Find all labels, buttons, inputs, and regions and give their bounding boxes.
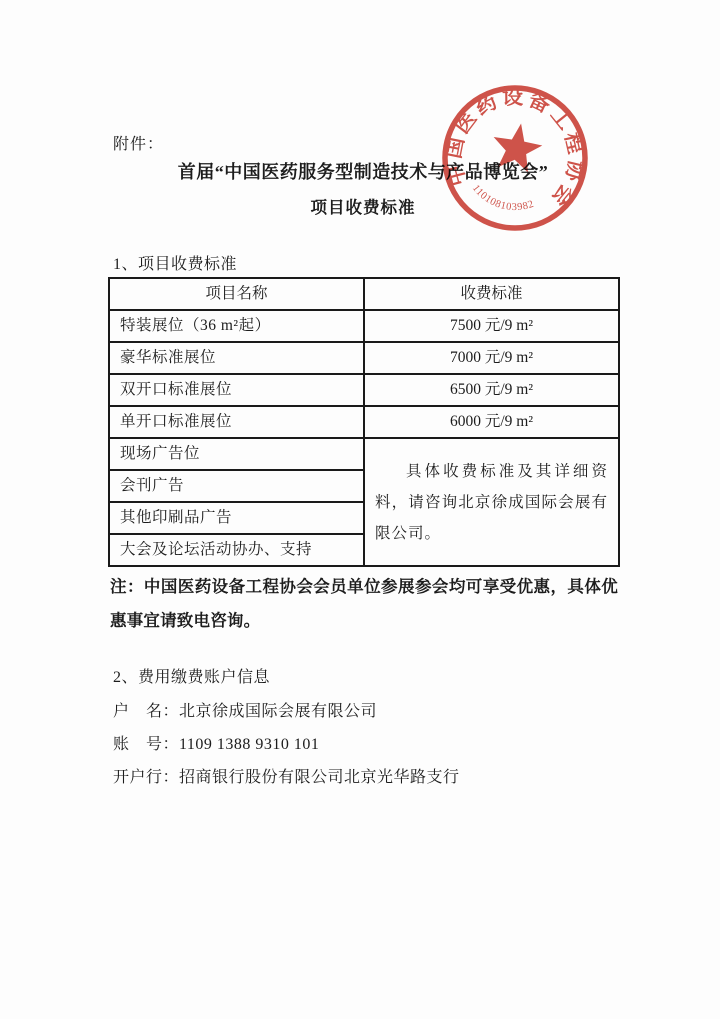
cell-name: 会刊广告: [109, 470, 364, 502]
cell-price: 6000 元/9 m²: [364, 406, 619, 438]
field-label: 户 名：: [113, 703, 179, 720]
account-info: 户 名：北京徐成国际会展有限公司 账 号：1109 1388 9310 101 …: [113, 695, 613, 794]
table-row: 现场广告位 具体收费标准及其详细资料，请咨询北京徐成国际会展有限公司。: [109, 438, 619, 470]
merged-note-text: 具体收费标准及其详细资料，请咨询北京徐成国际会展有限公司。: [375, 456, 608, 549]
table-row: 双开口标准展位 6500 元/9 m²: [109, 374, 619, 406]
account-name-row: 户 名：北京徐成国际会展有限公司: [113, 695, 613, 728]
subtitle: 项目收费标准: [88, 194, 638, 218]
field-value: 北京徐成国际会展有限公司: [179, 703, 377, 720]
table-header-row: 项目名称 收费标准: [109, 278, 619, 310]
cell-price: 7500 元/9 m²: [364, 310, 619, 342]
account-number-row: 账 号：1109 1388 9310 101: [113, 728, 613, 761]
field-label: 账 号：: [113, 736, 179, 753]
member-discount-note: 注：中国医药设备工程协会会员单位参展参会均可享受优惠，具体优惠事宜请致电咨询。: [110, 570, 618, 638]
cell-price: 6500 元/9 m²: [364, 374, 619, 406]
table-row: 单开口标准展位 6000 元/9 m²: [109, 406, 619, 438]
cell-name: 双开口标准展位: [109, 374, 364, 406]
section2-heading: 2、费用缴费账户信息: [113, 664, 270, 687]
cell-name: 豪华标准展位: [109, 342, 364, 374]
cell-name: 其他印刷品广告: [109, 502, 364, 534]
merged-note-cell: 具体收费标准及其详细资料，请咨询北京徐成国际会展有限公司。: [364, 438, 619, 566]
cell-name: 单开口标准展位: [109, 406, 364, 438]
field-label: 开户行：: [113, 769, 179, 786]
page-root: { "colors":{ "ink":"#1c1c1c", "table_bor…: [0, 0, 720, 1019]
cell-name: 大会及论坛活动协办、支持: [109, 534, 364, 566]
cell-price: 7000 元/9 m²: [364, 342, 619, 374]
header-cell-name: 项目名称: [109, 278, 364, 310]
attachment-label: 附件：: [113, 131, 164, 154]
fee-table: 项目名称 收费标准 特装展位（36 m²起） 7500 元/9 m² 豪华标准展…: [108, 277, 620, 567]
field-value: 1109 1388 9310 101: [179, 736, 319, 753]
cell-name: 特装展位（36 m²起）: [109, 310, 364, 342]
table-row: 特装展位（36 m²起） 7500 元/9 m²: [109, 310, 619, 342]
table-row: 豪华标准展位 7000 元/9 m²: [109, 342, 619, 374]
main-title: 首届“中国医药服务型制造技术与产品博览会”: [88, 158, 638, 184]
field-value: 招商银行股份有限公司北京光华路支行: [179, 769, 460, 786]
bank-row: 开户行：招商银行股份有限公司北京光华路支行: [113, 761, 613, 794]
header-cell-price: 收费标准: [364, 278, 619, 310]
cell-name: 现场广告位: [109, 438, 364, 470]
section1-heading: 1、项目收费标准: [113, 251, 237, 274]
